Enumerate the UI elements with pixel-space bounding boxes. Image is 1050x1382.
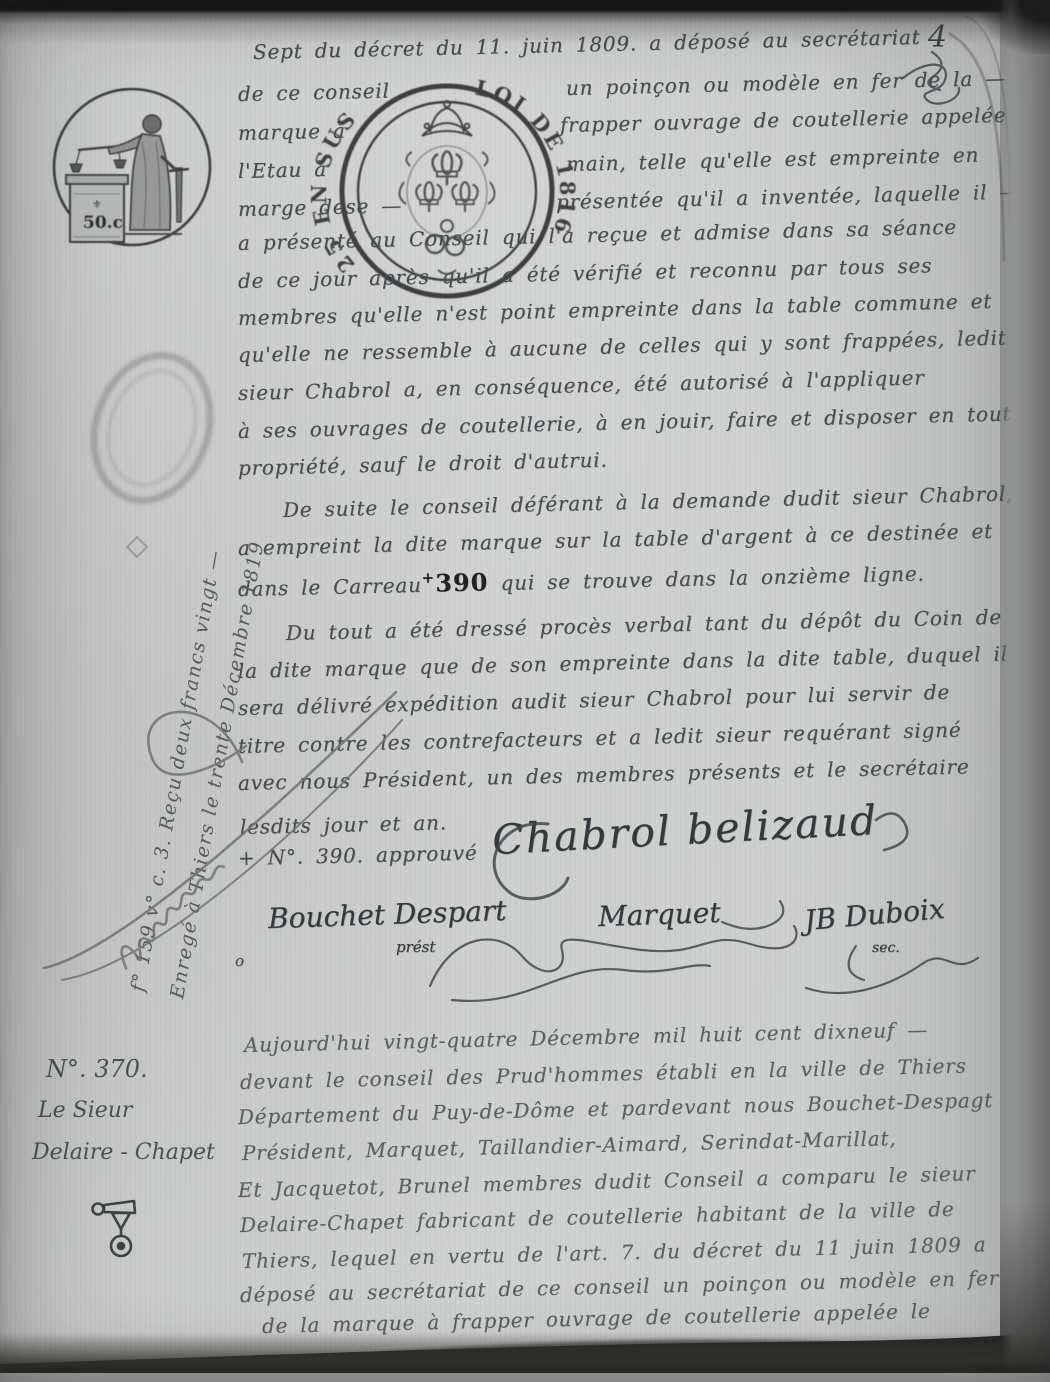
ink-flourishes bbox=[0, 0, 1050, 1382]
manuscript-page: 50.c ⚜ bbox=[0, 0, 1050, 1382]
